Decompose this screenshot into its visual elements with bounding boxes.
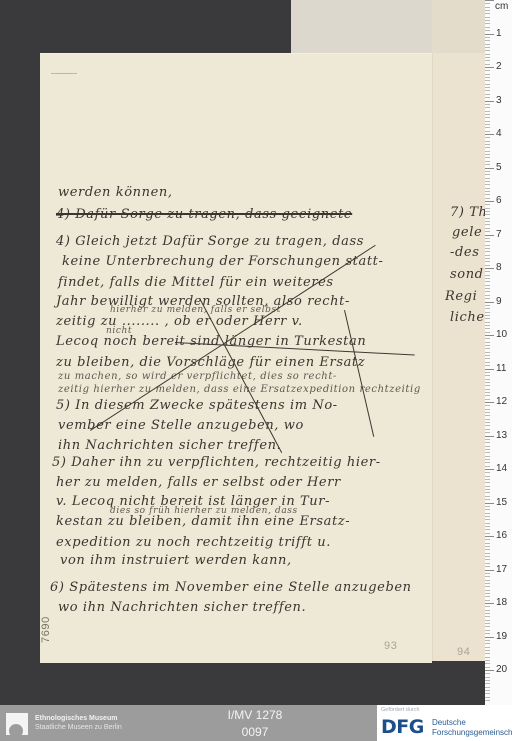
ruler-tick <box>485 174 490 175</box>
right-page-line: liche <box>450 310 485 325</box>
ruler-tick <box>485 278 490 279</box>
ruler-tick <box>485 439 490 440</box>
ruler-tick <box>485 352 490 353</box>
ruler-tick <box>485 536 494 537</box>
ruler-tick <box>485 308 490 309</box>
ruler-tick <box>485 285 490 286</box>
right-page-line: gele <box>452 225 482 240</box>
ruler-tick <box>485 616 490 617</box>
text-line-struck: 4) Dafür Sorge zu tragen, dass geeignete <box>56 207 352 222</box>
ruler-tick <box>485 218 490 219</box>
ruler-tick <box>485 121 490 122</box>
ruler-tick <box>485 462 490 463</box>
ruler-tick <box>485 251 490 252</box>
ruler-tick <box>485 60 490 61</box>
ruler-tick <box>485 147 490 148</box>
ruler-tick <box>485 643 490 644</box>
ruler-tick <box>485 271 490 272</box>
text-line: 4) Gleich jetzt Dafür Sorge zu tragen, d… <box>56 234 364 249</box>
ruler-tick <box>485 516 490 517</box>
ruler-tick <box>485 298 490 299</box>
ruler-tick <box>485 506 490 507</box>
ruler-tick <box>485 519 490 520</box>
ruler-tick <box>485 556 490 557</box>
ruler-tick <box>485 586 490 587</box>
adjacent-page <box>432 53 485 661</box>
ruler-tick <box>485 392 490 393</box>
right-page-line: sond <box>450 267 484 282</box>
ruler-tick <box>485 466 490 467</box>
ruler-tick <box>485 305 490 306</box>
ruler-tick <box>485 171 490 172</box>
ruler-tick <box>485 409 490 410</box>
ruler-tick <box>485 295 490 296</box>
ruler-tick <box>485 687 490 688</box>
ruler-tick <box>485 670 494 671</box>
ruler-tick <box>485 412 490 413</box>
ruler-tick <box>485 566 490 567</box>
ruler-label: 14 <box>496 463 507 474</box>
text-line: zu machen, so wird er verpflichtet, dies… <box>58 371 337 382</box>
ruler-tick <box>485 626 490 627</box>
ruler-tick <box>485 563 490 564</box>
ruler-tick <box>485 154 490 155</box>
ruler-tick <box>485 379 490 380</box>
page-number-pencil: 94 <box>457 646 470 658</box>
ruler-unit: cm <box>495 1 508 12</box>
ruler-tick <box>485 459 490 460</box>
ruler-tick <box>485 596 490 597</box>
ruler-tick <box>485 238 490 239</box>
ruler-label: 13 <box>496 430 507 441</box>
ruler-tick <box>485 221 490 222</box>
ruler-label: 6 <box>496 195 502 206</box>
ruler-tick <box>485 211 490 212</box>
ruler-tick <box>485 322 490 323</box>
text-line: werden können, <box>58 185 173 200</box>
right-page-line: Regi <box>445 289 477 304</box>
ruler-tick <box>485 332 490 333</box>
ruler-tick <box>485 630 490 631</box>
ruler-tick <box>485 141 490 142</box>
ruler-tick <box>485 362 490 363</box>
dfg-logo-icon: DFG <box>381 716 424 738</box>
ruler-tick <box>485 345 490 346</box>
ruler-tick <box>485 633 490 634</box>
ruler-tick <box>485 456 490 457</box>
museum-subtitle: Staatliche Museen zu Berlin <box>35 724 122 731</box>
ruler-tick <box>485 134 494 135</box>
ruler-tick <box>485 184 490 185</box>
ruler-label: 16 <box>496 530 507 541</box>
ruler-label: 11 <box>496 363 506 374</box>
ruler-tick <box>485 87 490 88</box>
ruler-tick <box>485 549 490 550</box>
ruler-tick <box>485 553 490 554</box>
text-line: zu bleiben, die Vorschläge für einen Ers… <box>56 355 365 370</box>
ruler-label: 19 <box>496 631 507 642</box>
ruler-tick <box>485 623 490 624</box>
ruler-tick <box>485 231 490 232</box>
right-page-line: 7) Th <box>450 205 485 220</box>
right-page-line: -des <box>450 245 479 260</box>
ruler-tick <box>485 486 490 487</box>
ruler-tick <box>485 375 490 376</box>
ruler-tick <box>485 34 494 35</box>
ruler-tick <box>485 224 490 225</box>
ruler-tick <box>485 17 490 18</box>
ruler-tick <box>485 54 490 55</box>
ruler-tick <box>485 114 490 115</box>
ruler-label: 8 <box>496 262 502 273</box>
footer-bar: Ethnologisches Museum Staatliche Museen … <box>0 705 512 741</box>
ruler-tick <box>485 479 490 480</box>
ruler-tick <box>485 10 490 11</box>
ruler-tick <box>485 40 490 41</box>
ruler-tick <box>485 657 490 658</box>
ruler-tick <box>485 700 490 701</box>
ruler-tick <box>485 84 490 85</box>
archive-signature: I/MV 1278 <box>160 708 350 722</box>
ruler-tick <box>485 405 490 406</box>
ruler-tick <box>485 526 490 527</box>
ruler-tick <box>485 422 490 423</box>
ruler-label: 18 <box>496 597 507 608</box>
ruler-tick <box>485 382 490 383</box>
ruler-label: 12 <box>496 396 507 407</box>
ruler-tick <box>485 442 490 443</box>
ruler-tick <box>485 693 490 694</box>
ruler-tick <box>485 499 490 500</box>
ruler-tick <box>485 201 494 202</box>
ruler-tick <box>485 27 490 28</box>
ruler-tick <box>485 653 490 654</box>
scan-image: werden können, 4) Dafür Sorge zu tragen,… <box>0 0 485 705</box>
ruler-tick <box>485 90 490 91</box>
ruler-tick <box>485 559 490 560</box>
ruler-tick <box>485 358 490 359</box>
page-number-pencil: 93 <box>384 640 397 652</box>
text-line: zeitig hierher zu melden, dass eine Ersa… <box>58 384 421 395</box>
ruler-tick <box>485 472 490 473</box>
text-line: Lecoq noch bereit sind länger in Turkest… <box>56 334 366 349</box>
ruler-tick <box>485 429 490 430</box>
ruler-tick <box>485 482 490 483</box>
ruler-tick <box>485 168 494 169</box>
ruler-label: 2 <box>496 61 502 72</box>
text-line: 6) Spätestens im November eine Stelle an… <box>50 580 412 595</box>
ruler-tick <box>485 281 490 282</box>
text-line: von ihm instruiert werden kann, <box>60 553 292 568</box>
ruler-tick <box>485 677 490 678</box>
ruler-tick <box>485 127 490 128</box>
ruler-tick <box>485 600 490 601</box>
ruler-tick <box>485 446 490 447</box>
ruler-tick <box>485 469 494 470</box>
ruler-label: 7 <box>496 229 502 240</box>
ruler-tick <box>485 539 490 540</box>
text-line: wo ihn Nachrichten sicher treffen. <box>58 600 306 615</box>
ruler-tick <box>485 30 490 31</box>
ruler-tick <box>485 97 490 98</box>
ruler-tick <box>485 667 490 668</box>
ruler-tick <box>485 593 490 594</box>
ruler-tick <box>485 248 490 249</box>
ruler-tick <box>485 178 490 179</box>
ruler-tick <box>485 47 490 48</box>
ruler-tick <box>485 104 490 105</box>
ruler-tick <box>485 570 494 571</box>
text-line: her zu melden, falls er selbst oder Herr <box>56 475 341 490</box>
text-line: expedition zu noch rechtzeitig trifft u. <box>56 535 331 550</box>
ruler-tick <box>485 245 490 246</box>
ruler-tick <box>485 603 494 604</box>
ruler-tick <box>485 640 490 641</box>
ruler-tick <box>485 680 490 681</box>
ruler-tick <box>485 573 490 574</box>
ruler-tick <box>485 452 490 453</box>
ruler-tick <box>485 583 490 584</box>
ruler-tick <box>485 291 490 292</box>
ruler-tick <box>485 476 490 477</box>
ruler-tick <box>485 312 490 313</box>
ruler-label: 20 <box>496 664 507 675</box>
ruler-tick <box>485 20 490 21</box>
museum-name: Ethnologisches Museum <box>35 715 117 722</box>
ruler-tick <box>485 124 490 125</box>
ruler-tick <box>485 546 490 547</box>
ruler-label: 4 <box>496 128 502 139</box>
ruler-tick <box>485 606 490 607</box>
ruler-tick <box>485 275 490 276</box>
ruler-tick <box>485 436 494 437</box>
ruler-tick <box>485 208 490 209</box>
archive-page-number: 0097 <box>160 725 350 739</box>
back-sheet-right <box>432 0 485 53</box>
ruler-tick <box>485 137 490 138</box>
ruler-tick <box>485 214 490 215</box>
funded-by-label: Gefördert durch <box>381 707 420 713</box>
text-line: ihn Nachrichten sicher treffen. <box>58 438 281 453</box>
ruler-tick <box>485 395 490 396</box>
ruler-tick <box>485 399 490 400</box>
ruler-label: 10 <box>496 329 507 340</box>
ruler-tick <box>485 647 490 648</box>
ruler-tick <box>485 131 490 132</box>
ruler-tick <box>485 338 490 339</box>
ruler-tick <box>485 161 490 162</box>
ruler-tick <box>485 117 490 118</box>
ruler-tick <box>485 610 490 611</box>
ruler-label: 3 <box>496 95 502 106</box>
ruler-tick <box>485 529 490 530</box>
ruler-tick <box>485 318 490 319</box>
text-line: kestan zu bleiben, damit ihn eine Ersatz… <box>56 514 350 529</box>
ruler-tick <box>485 151 490 152</box>
ruler-tick <box>485 101 494 102</box>
ruler-tick <box>485 425 490 426</box>
ruler-tick <box>485 181 490 182</box>
ruler-tick <box>485 509 490 510</box>
ruler-tick <box>485 7 490 8</box>
ruler-label: 1 <box>496 28 502 39</box>
ruler-tick <box>485 258 490 259</box>
ruler-tick <box>485 13 490 14</box>
ruler-tick <box>485 70 490 71</box>
ruler-tick <box>485 50 490 51</box>
ruler-tick <box>485 328 490 329</box>
ruler-tick <box>485 164 490 165</box>
ruler-tick <box>485 389 490 390</box>
ruler-tick <box>485 315 490 316</box>
ruler-tick <box>485 496 490 497</box>
ruler-tick <box>485 241 490 242</box>
text-line: keine Unterbrechung der Forschungen stat… <box>62 254 383 269</box>
ruler-tick <box>485 3 490 4</box>
text-line: 5) Daher ihn zu verpflichten, rechtzeiti… <box>52 455 381 470</box>
ruler-tick <box>485 342 490 343</box>
ruler-tick <box>485 255 490 256</box>
ruler-tick <box>485 620 490 621</box>
ruler-tick <box>485 44 490 45</box>
ruler-tick <box>485 402 494 403</box>
pencil-mark <box>51 73 77 74</box>
ruler-tick <box>485 690 490 691</box>
text-line: 5) In diesem Zwecke spätestens im No- <box>56 398 338 413</box>
cm-ruler: cm 1234567891011121314151617181920 <box>485 0 512 705</box>
ruler-tick <box>485 144 490 145</box>
ruler-tick <box>485 449 490 450</box>
ruler-tick <box>485 335 494 336</box>
ruler-tick <box>485 660 490 661</box>
ruler-tick <box>485 77 490 78</box>
ruler-tick <box>485 204 490 205</box>
ruler-tick <box>485 650 490 651</box>
ruler-tick <box>485 107 490 108</box>
ruler-label: 17 <box>496 564 507 575</box>
dfg-name-line1: Deutsche <box>432 718 466 727</box>
ruler-tick <box>485 415 490 416</box>
inventory-number: 7690 <box>40 616 52 643</box>
ruler-tick <box>485 67 494 68</box>
ruler-tick <box>485 369 494 370</box>
ruler-tick <box>485 194 490 195</box>
ruler-label: 9 <box>496 296 502 307</box>
ruler-tick <box>485 590 490 591</box>
ruler-tick <box>485 37 490 38</box>
ruler-tick <box>485 513 490 514</box>
ruler-tick <box>485 188 490 189</box>
dfg-name-line2: Forschungsgemeinschaft <box>432 728 512 737</box>
ruler-tick <box>485 111 490 112</box>
museum-logo-icon <box>6 713 28 735</box>
ruler-tick <box>485 235 494 236</box>
ruler-tick <box>485 0 494 1</box>
ruler-tick <box>485 23 490 24</box>
text-line: findet, falls die Mittel für ein weitere… <box>58 275 334 290</box>
ruler-tick <box>485 355 490 356</box>
ruler-tick <box>485 372 490 373</box>
ruler-tick <box>485 576 490 577</box>
ruler-tick <box>485 683 490 684</box>
ruler-tick <box>485 663 490 664</box>
ruler-tick <box>485 580 490 581</box>
ruler-tick <box>485 57 490 58</box>
ruler-tick <box>485 432 490 433</box>
ruler-tick <box>485 533 490 534</box>
ruler-tick <box>485 74 490 75</box>
ruler-label: 5 <box>496 162 502 173</box>
ruler-tick <box>485 94 490 95</box>
ruler-tick <box>485 365 490 366</box>
ruler-tick <box>485 64 490 65</box>
ruler-tick <box>485 80 490 81</box>
ruler-tick <box>485 673 490 674</box>
ruler-tick <box>485 348 490 349</box>
ruler-tick <box>485 523 490 524</box>
ruler-tick <box>485 543 490 544</box>
ruler-tick <box>485 697 490 698</box>
ruler-tick <box>485 228 490 229</box>
dfg-panel: Gefördert durch DFG Deutsche Forschungsg… <box>377 705 512 741</box>
ruler-tick <box>485 489 490 490</box>
ruler-tick <box>485 503 494 504</box>
ruler-label: 15 <box>496 497 507 508</box>
archive-id: I/MV 1278 0097 <box>160 705 350 741</box>
ruler-tick <box>485 265 490 266</box>
ruler-tick <box>485 191 490 192</box>
ruler-tick <box>485 288 490 289</box>
ruler-tick <box>485 419 490 420</box>
ruler-tick <box>485 261 490 262</box>
ruler-tick <box>485 302 494 303</box>
ruler-tick <box>485 157 490 158</box>
ruler-tick <box>485 268 494 269</box>
ruler-tick <box>485 325 490 326</box>
ruler-tick <box>485 613 490 614</box>
ruler-tick <box>485 385 490 386</box>
ruler-tick <box>485 637 494 638</box>
ruler-tick <box>485 198 490 199</box>
ruler-tick <box>485 492 490 493</box>
